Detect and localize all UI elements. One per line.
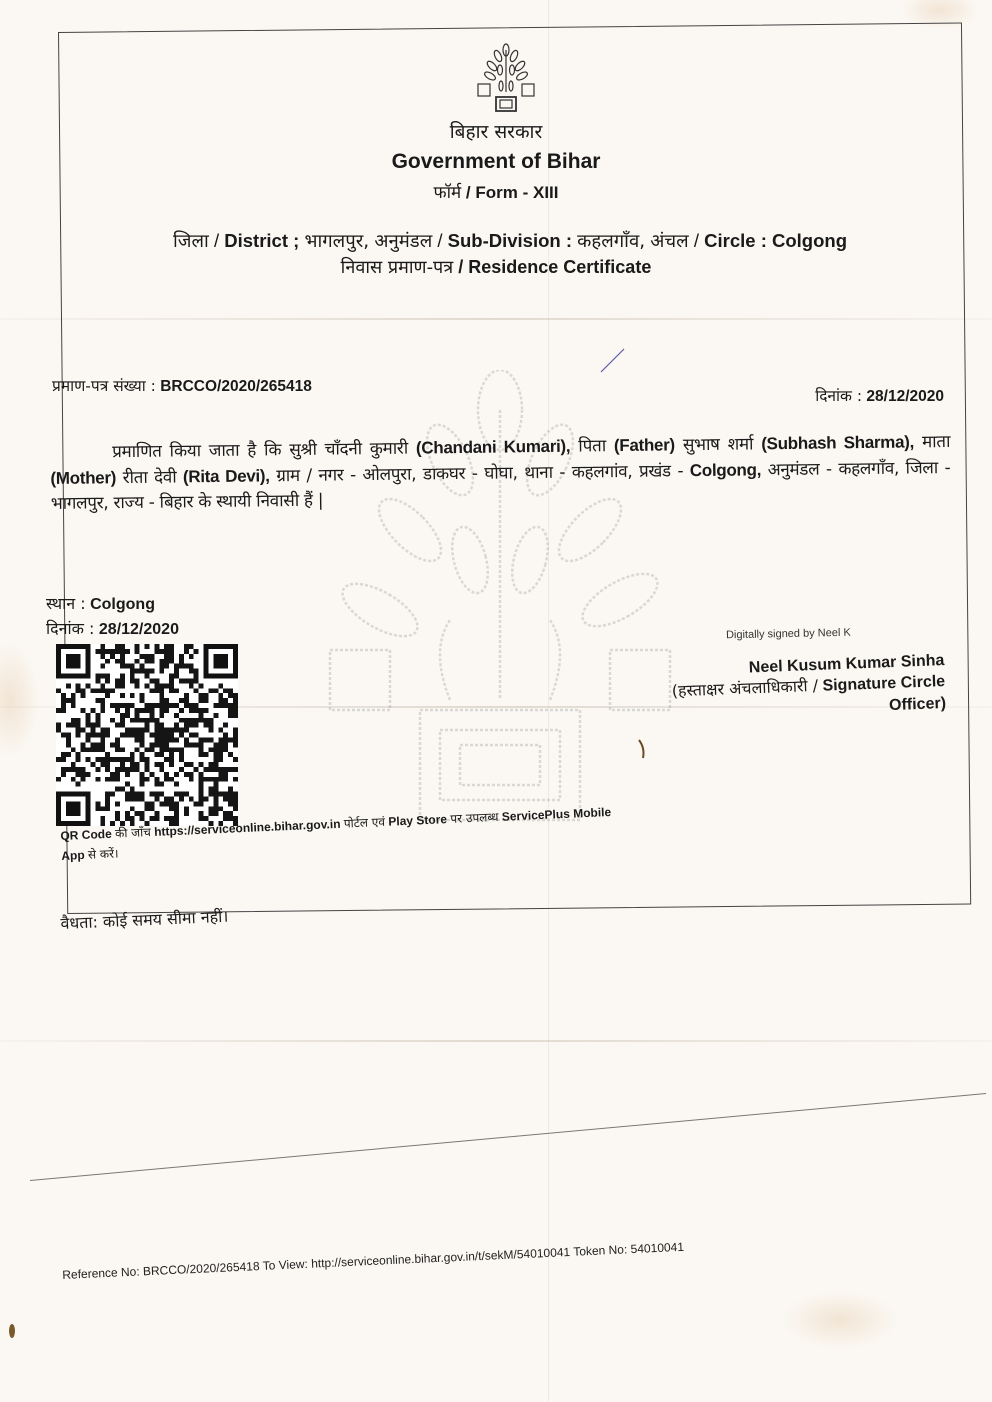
issue-place: स्थान : Colgong xyxy=(46,592,179,617)
statement-text: सुभाष शर्मा xyxy=(683,434,754,455)
mother-name: (Rita Devi), xyxy=(183,466,270,486)
document-title-english: Residence Certificate xyxy=(468,257,651,277)
bihar-government-emblem-icon xyxy=(470,42,542,114)
role-english: Signature Circle Officer) xyxy=(822,673,946,714)
statement-text: रीता देवी xyxy=(123,467,177,488)
circle-value: Colgong xyxy=(772,230,847,251)
address-text: ग्राम / नगर - ओलपुरा, डाकघर - घोघा, थाना… xyxy=(276,461,683,486)
statement-text: पिता xyxy=(578,436,606,456)
form-english: Form - XIII xyxy=(475,183,558,202)
district-label-hindi: जिला xyxy=(173,231,209,252)
qr-note-text: पोर्टल एवं xyxy=(344,815,386,831)
issuer-hindi: बिहार सरकार xyxy=(0,118,992,144)
reference-footer: Reference No: BRCCO/2020/265418 To View:… xyxy=(62,1240,684,1282)
reference-number: BRCCO/2020/265418 xyxy=(143,1259,260,1278)
qr-note-text: पर उपलब्ध xyxy=(450,810,499,826)
qr-note-text: की जाँच xyxy=(115,825,151,841)
document-title: निवास प्रमाण-पत्र / Residence Certificat… xyxy=(0,255,992,279)
issue-date-label: दिनांक : xyxy=(46,619,94,638)
form-number: फॉर्म / Form - XIII xyxy=(0,180,992,203)
role-hindi: (हस्ताक्षर अंचलाधिकारी / xyxy=(671,676,818,701)
pen-mark xyxy=(598,345,628,375)
paper-fold xyxy=(0,1040,992,1042)
subdivision-label-hindi: अनुमंडल xyxy=(374,231,432,252)
token-number: 54010041 xyxy=(630,1240,684,1256)
statement-text: प्रमाणित किया जाता है कि सुश्री चाँदनी क… xyxy=(112,439,408,463)
reference-label: Reference No: xyxy=(62,1264,140,1281)
issue-place-date: स्थान : Colgong दिनांक : 28/12/2020 xyxy=(46,592,179,642)
father-label: (Father) xyxy=(614,435,675,455)
certificate-date-value: 28/12/2020 xyxy=(866,388,944,405)
sheet-edge xyxy=(30,1093,986,1182)
issue-date-value: 28/12/2020 xyxy=(99,621,179,638)
view-url: http://serviceonline.bihar.gov.in/t/sekM… xyxy=(311,1245,571,1271)
certificate-number-value: BRCCO/2020/265418 xyxy=(160,378,312,395)
token-label: Token No: xyxy=(573,1242,628,1258)
document-title-hindi: निवास प्रमाण-पत्र xyxy=(341,257,454,278)
certificate-date-label: दिनांक : xyxy=(815,387,862,405)
jurisdiction-line: जिला / District ; भागलपुर, अनुमंडल / Sub… xyxy=(130,228,890,253)
holder-name: (Chandani Kumari), xyxy=(416,437,571,458)
certification-statement: प्रमाणित किया जाता है कि सुश्री चाँदनी क… xyxy=(50,429,951,517)
paper-stain xyxy=(780,1290,900,1350)
circle-label: Circle xyxy=(704,230,755,251)
qr-note-text: Play Store xyxy=(388,812,447,829)
ink-mark xyxy=(636,738,648,760)
form-hindi: फॉर्म xyxy=(434,183,462,203)
circle-label-hindi: अंचल xyxy=(650,231,688,252)
issue-date: दिनांक : 28/12/2020 xyxy=(46,617,179,642)
father-name: (Subhash Sharma), xyxy=(761,432,914,453)
block-name: Colgong, xyxy=(690,460,761,480)
subdivision-label: Sub-Division xyxy=(448,230,561,251)
qr-code-icon xyxy=(56,644,238,826)
ink-mark xyxy=(8,1322,16,1340)
issuer-english: Government of Bihar xyxy=(0,150,992,174)
subdivision-value: कहलगाँव, xyxy=(577,231,645,252)
signature-block: Neel Kusum Kumar Sinha (हस्ताक्षर अंचलाध… xyxy=(640,652,946,727)
district-value: भागलपुर, xyxy=(304,231,369,252)
mother-label: (Mother) xyxy=(50,468,116,488)
certificate-date: दिनांक : 28/12/2020 xyxy=(815,384,944,406)
certificate-number-label: प्रमाण-पत्र संख्या : xyxy=(52,377,156,395)
statement-text: माता xyxy=(922,432,950,452)
qr-note-text: से करें। xyxy=(88,846,119,861)
place-label: स्थान : xyxy=(46,594,86,613)
certificate-number: प्रमाण-पत्र संख्या : BRCCO/2020/265418 xyxy=(52,374,312,396)
paper-stain xyxy=(0,640,40,760)
form-separator: / xyxy=(466,183,475,202)
place-value: Colgong xyxy=(90,596,155,613)
qr-note-text: QR Code xyxy=(60,827,112,843)
view-label: To View: xyxy=(262,1257,308,1273)
verification-url: https://serviceonline.bihar.gov.in xyxy=(154,817,341,839)
district-label: District xyxy=(224,230,288,251)
